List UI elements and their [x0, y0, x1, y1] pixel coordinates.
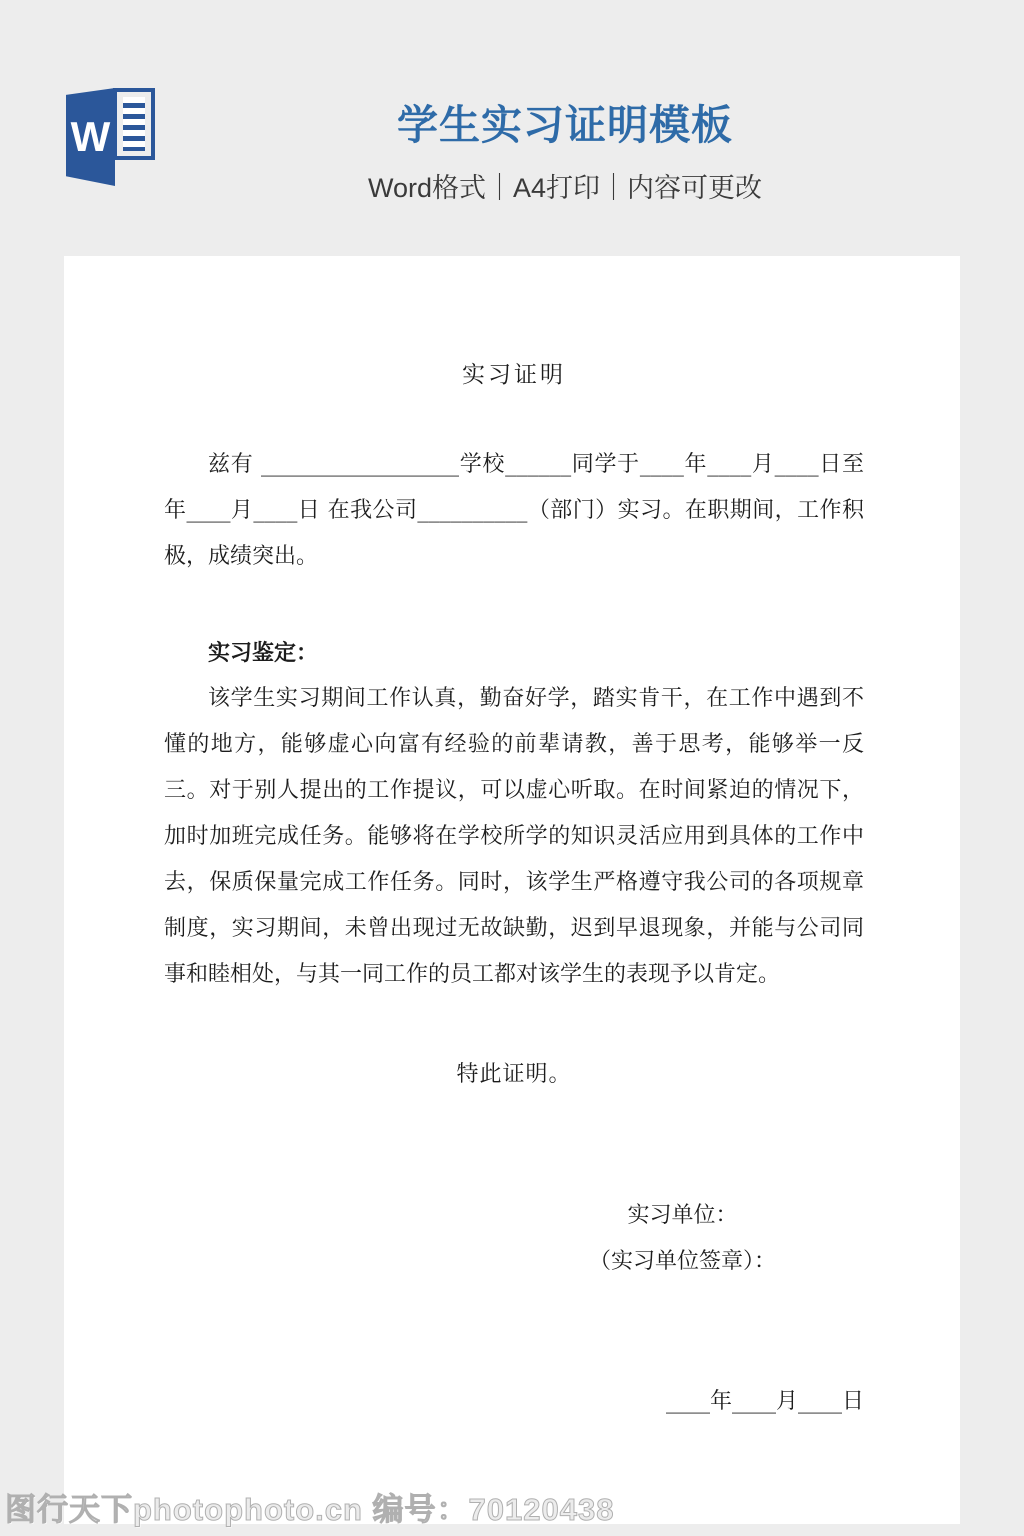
signature-seal-label: （实习单位签章）： — [589, 1239, 776, 1285]
document-title: 实习证明 — [164, 352, 864, 398]
word-w-cover-icon: W — [66, 88, 115, 186]
template-title: 学生实习证明模板 — [166, 92, 964, 151]
document-page: 实习证明 兹有 __________________学校______同学于___… — [64, 256, 960, 1524]
appraisal-label: 实习鉴定： — [164, 630, 864, 676]
signature-block: 实习单位： （实习单位签章）： — [589, 1193, 776, 1285]
template-subtitle: Word格式｜A4打印｜内容可更改 — [166, 166, 964, 205]
signature-unit-label: 实习单位： — [589, 1193, 776, 1239]
watermark-text: 图行天下photophoto.cn 编号：70120438 — [5, 1484, 614, 1529]
intro-paragraph: 兹有 __________________学校______同学于____年___… — [164, 442, 864, 580]
certify-line: 特此证明。 — [164, 1052, 864, 1098]
date-line: ____年____月____日 — [164, 1379, 864, 1425]
word-document-pages-icon — [113, 88, 155, 160]
template-preview: W 学生实习证明模板 Word格式｜A4打印｜内容可更改 实习证明 兹有 ___… — [0, 0, 1024, 1536]
appraisal-paragraph: 该学生实习期间工作认真，勤奋好学，踏实肯干，在工作中遇到不懂的地方，能够虚心向富… — [164, 676, 864, 998]
header-text: 学生实习证明模板 Word格式｜A4打印｜内容可更改 — [166, 92, 964, 205]
word-icon: W — [64, 88, 164, 188]
